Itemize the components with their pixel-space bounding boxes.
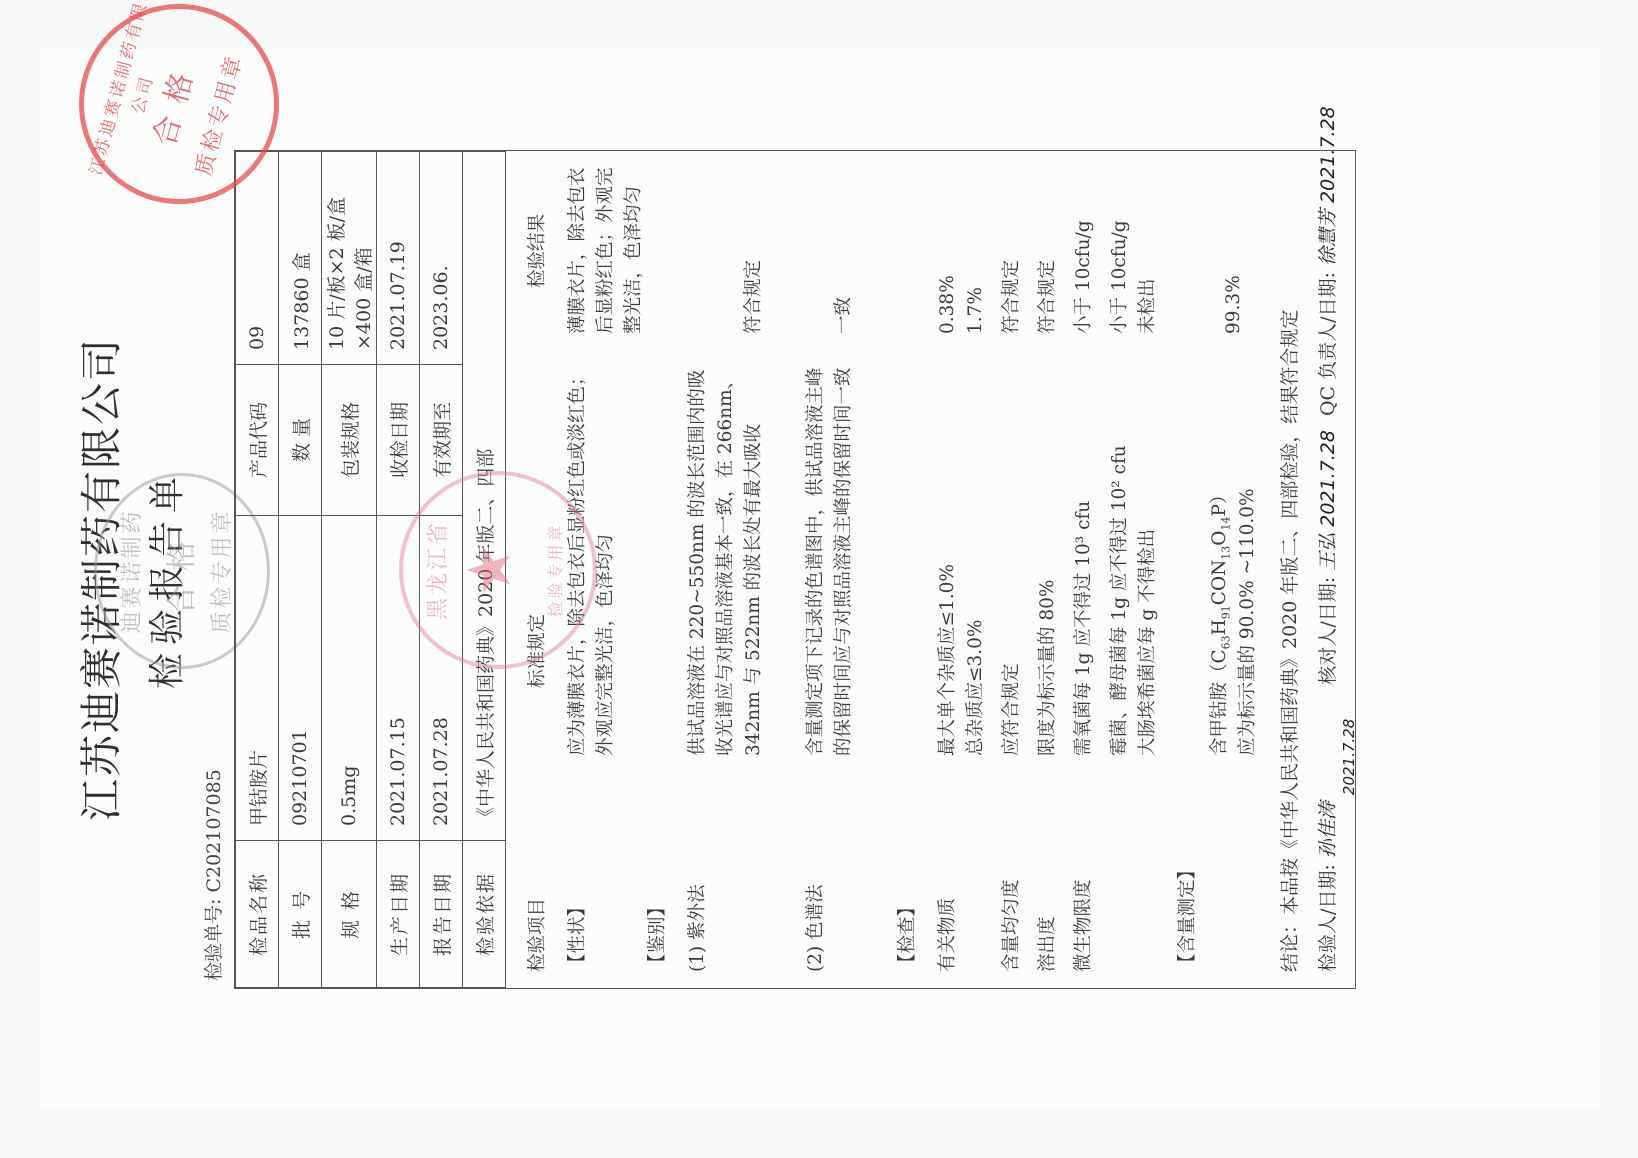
- info-label: 检品名称: [236, 841, 279, 988]
- info-value-2: 10 片/板×2 板/盒×400 盒/箱: [322, 152, 377, 365]
- info-value-2: 2021.07.19: [377, 152, 420, 365]
- inspection-standard: 总杂质应≤3.0%: [962, 366, 990, 756]
- info-label-2: 收检日期: [377, 365, 420, 516]
- section-appearance: 【性状】: [564, 898, 592, 972]
- inspection-standard: 限度为标示量的 80%: [1034, 366, 1062, 756]
- info-value-2: 137860 盒: [279, 152, 322, 365]
- inspection-result: 小于 10cfu/g: [1106, 164, 1134, 334]
- info-value: 0.5mg: [322, 516, 377, 841]
- inspection-item-name: 有关物质: [934, 898, 962, 972]
- inspection-result: 1.7%: [962, 164, 990, 334]
- column-result: 检验结果: [524, 118, 552, 288]
- conclusion: 结论：本品按《中华人民共和国药典》2020 年版二、四部检验，结果符合规定: [1275, 310, 1302, 972]
- ident-uv-name: (1) 紫外法: [684, 884, 712, 972]
- official-star-stamp: 黑龙江省 ★ 检验专用章: [399, 471, 597, 669]
- qc-date: 2021.7.28: [1317, 106, 1339, 203]
- inspection-item-name: 微生物限度: [1070, 879, 1098, 972]
- results-body: 检验项目 标准规定 检验结果 【性状】 应为薄膜衣片，除去包衣后显粉红色或淡红色…: [506, 151, 1346, 988]
- checker-label: 核对人/日期:: [1317, 577, 1339, 685]
- info-row: 批 号09210701数 量137860 盒: [279, 152, 322, 988]
- section-assay: 【含量测定】: [1174, 861, 1202, 972]
- report-number-label: 检验单号:: [203, 899, 225, 981]
- inspection-result: 未检出: [1134, 164, 1162, 334]
- report-number: 检验单号: C202107085: [199, 769, 226, 981]
- inspection-item-name: 含量均匀度: [998, 879, 1026, 972]
- inspection-result: 符合规定: [1034, 164, 1062, 334]
- section-inspection: 【检查】: [894, 898, 922, 972]
- info-value: 09210701: [279, 516, 322, 841]
- inspection-standard: 需氧菌每 1g 应不得过 10³ cfu: [1070, 366, 1098, 756]
- ident-chrom-name: (2) 色谱法: [802, 884, 830, 972]
- inspection-item-name: 溶出度: [1034, 916, 1062, 972]
- qc-label: QC 负责人/日期:: [1317, 272, 1339, 416]
- assay-result: 99.3%: [1220, 164, 1248, 334]
- inspector-date: 2021.7.28: [1340, 719, 1358, 795]
- inspection-result: 符合规定: [998, 164, 1026, 334]
- info-value-2: 09: [236, 152, 279, 365]
- inspector-signature: 孙佳涛: [1317, 801, 1339, 858]
- inspection-result: 小于 10cfu/g: [1070, 164, 1098, 334]
- ident-chrom-result: 一致: [830, 164, 858, 334]
- signature-row: 检验人/日期: 孙佳涛 2021.7.28 核对人/日期: 王弘 2021.7.…: [1313, 106, 1340, 972]
- report-number-value: C202107085: [203, 769, 225, 892]
- info-label-2: 产品代码: [236, 365, 279, 516]
- assay-standard-range: 应为标示量的 90.0% ~110.0%: [1234, 366, 1262, 756]
- info-label: 报告日期: [420, 841, 463, 988]
- info-label-2: 包装规格: [322, 365, 377, 516]
- info-label: 规 格: [322, 841, 377, 988]
- inspector-label: 检验人/日期:: [1317, 864, 1339, 972]
- inspection-standard: 应符合规定: [998, 366, 1026, 756]
- inspection-report-page: 江苏迪赛诺制药有限公司 检验报告单 检验单号: C202107085 迪赛诺制药…: [39, 49, 1599, 1109]
- checker-date: 2021.7.28: [1317, 430, 1339, 527]
- info-value: 甲钴胺片: [236, 516, 279, 841]
- info-label-2: 数 量: [279, 365, 322, 516]
- section-identification: 【鉴别】: [644, 898, 672, 972]
- ident-uv-result: 符合规定: [740, 164, 768, 334]
- inspection-standard: 最大单个杂质应≤1.0%: [934, 366, 962, 756]
- basis-label: 检验依据: [463, 841, 506, 988]
- info-value-2: 2023.06.: [420, 152, 463, 365]
- column-item: 检验项目: [524, 898, 552, 972]
- inspection-result: 0.38%: [934, 164, 962, 334]
- qc-signature: 徐慧芳: [1317, 209, 1339, 266]
- info-label: 生产日期: [377, 841, 420, 988]
- info-row: 检品名称甲钴胺片产品代码09: [236, 152, 279, 988]
- inspection-standard: 大肠埃希菌应每 g 不得检出: [1134, 366, 1162, 756]
- info-label: 批 号: [279, 841, 322, 988]
- checker-signature: 王弘: [1317, 533, 1339, 571]
- ident-chrom-standard: 含量测定项下记录的色谱图中，供试品溶液主峰的保留时间应与对照品溶液主峰的保留时间…: [802, 366, 858, 756]
- ident-uv-standard: 供试品溶液在 220~550nm 的波长范围内的吸收光谱应与对照品溶液基本一致，…: [684, 366, 768, 756]
- appearance-result: 薄膜衣片，除去包衣后显粉红色；外观完整光洁，色泽均匀: [564, 164, 648, 334]
- inspection-standard: 霉菌、酵母菌每 1g 应不得过 10² cfu: [1106, 366, 1134, 756]
- info-row: 规 格0.5mg包装规格10 片/板×2 板/盒×400 盒/箱: [322, 152, 377, 988]
